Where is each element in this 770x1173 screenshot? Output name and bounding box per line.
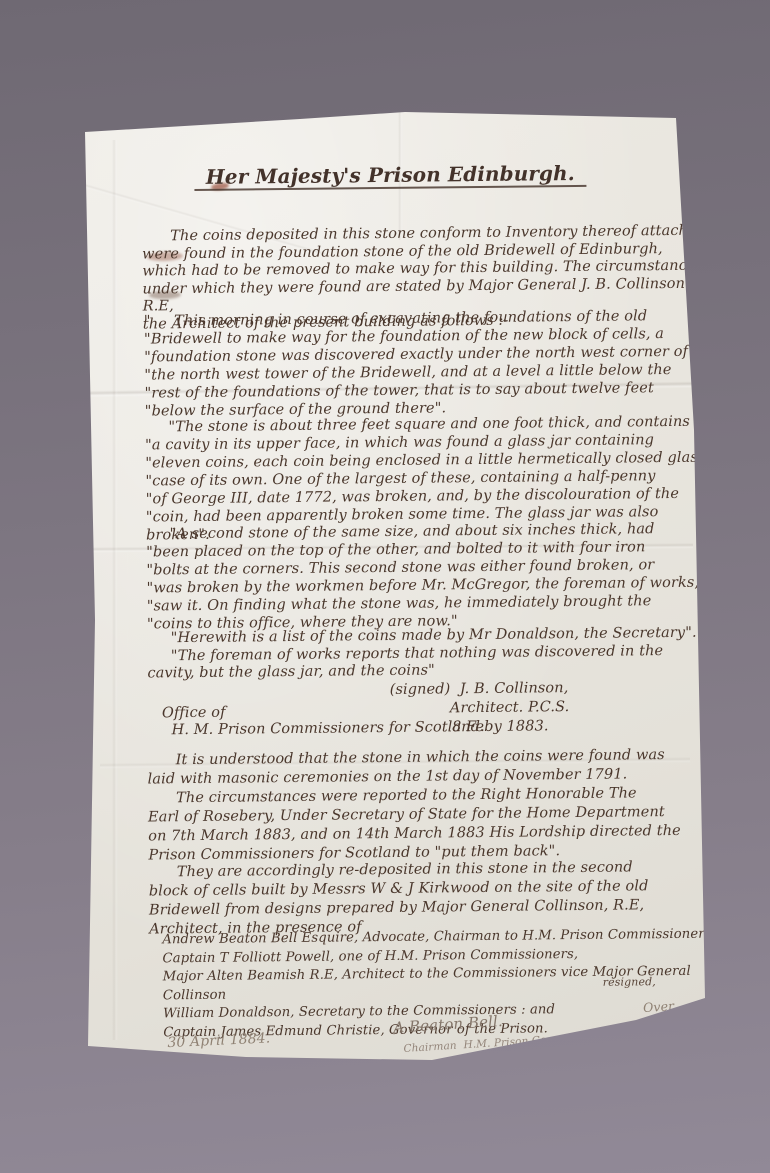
paragraph-circumstances: The circumstances were reported to the R…	[148, 784, 721, 866]
document-paper: Her Majesty's Prison Edinburgh. The coin…	[0, 0, 770, 1173]
paragraph-quote-morning: " This morning in course of excavating t…	[144, 307, 717, 421]
paragraph-quote-second-stone: "A second stone of the same size, and ab…	[146, 520, 719, 634]
document-content: Her Majesty's Prison Edinburgh. The coin…	[0, 0, 770, 1173]
office-address-block: Office of H. M. Prison Commissioners for…	[162, 702, 492, 739]
over-note: Over	[642, 996, 674, 1017]
photo-backdrop: Her Majesty's Prison Edinburgh. The coin…	[0, 0, 770, 1173]
date-1884: 30 April 1884.	[167, 1029, 271, 1053]
paragraph-quote-herewith: "Herewith is a list of the coins made by…	[147, 625, 720, 683]
document-title: Her Majesty's Prison Edinburgh.	[194, 164, 586, 191]
resigned-annotation: resigned,	[603, 972, 656, 992]
signed-line: (signed) J. B. Collinson,	[390, 679, 569, 700]
paragraph-understood: It is understood that the stone in which…	[147, 746, 719, 790]
date-1883: 8 Feby 1883.	[452, 717, 549, 737]
